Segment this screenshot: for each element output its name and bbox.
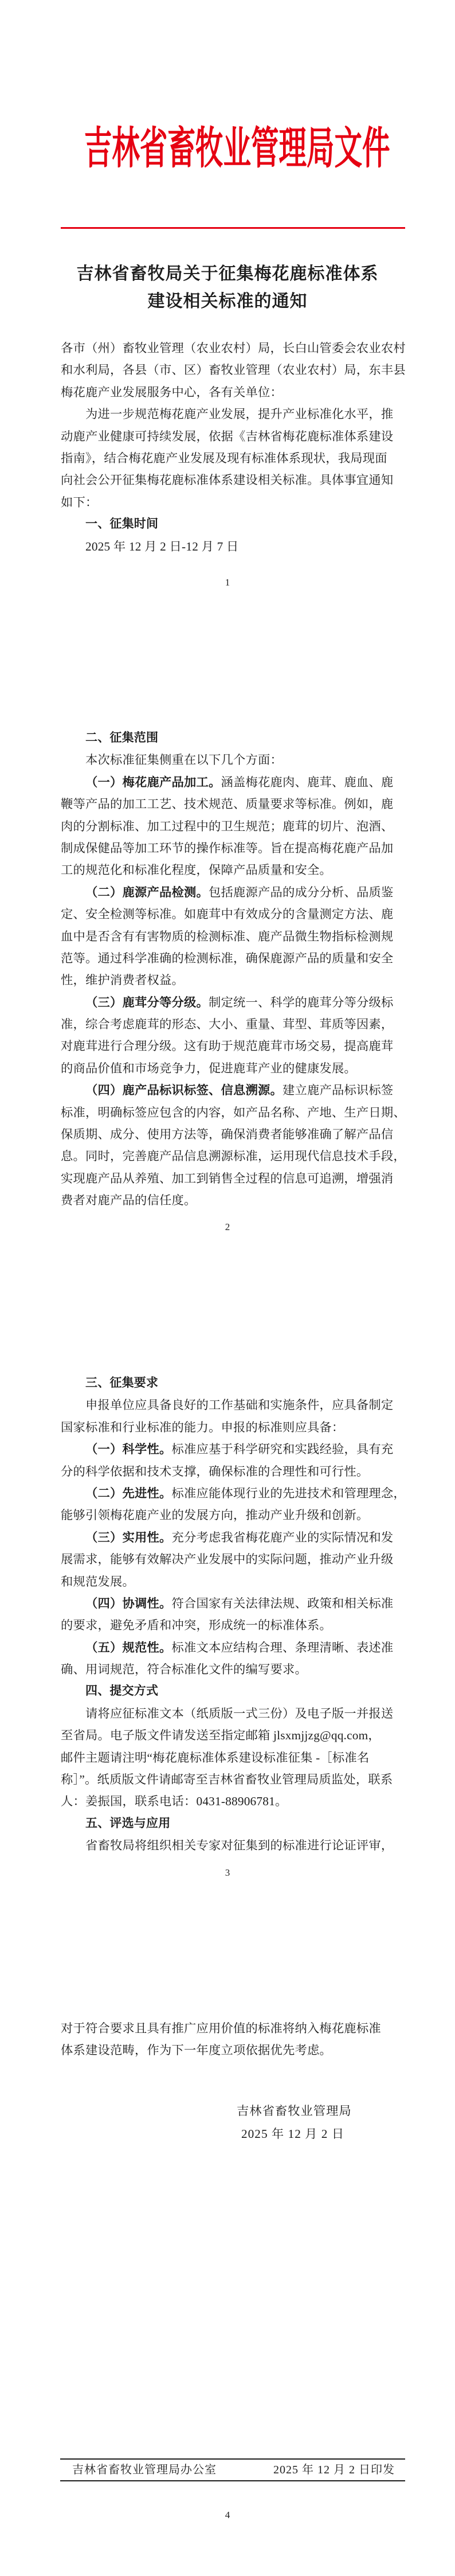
line-text: 充分考虑我省梅花鹿产业的实际情况和发: [171, 1531, 393, 1544]
page2-body: 二、征集范围 本次标准征集侧重在以下几个方面： （一）梅花鹿产品加工。涵盖梅花鹿…: [61, 727, 397, 1212]
text-line: （五）规范性。标准文本应结构合理、条理清晰、表述准: [61, 1637, 397, 1658]
text-line: 制成保健品等加工环节的操作标准等。旨在提高梅花鹿产品加: [61, 837, 397, 859]
text-line: 为进一步规范梅花鹿产业发展，提升产业标准化水平，推: [61, 403, 397, 425]
section-heading: 五、评选与应用: [61, 1813, 397, 1835]
lead-text: （二）鹿源产品检测。: [85, 885, 209, 899]
footer-rule-top: [60, 2458, 405, 2460]
text-line: 肉的分割标准、加工过程中的卫生规范；鹿茸的切片、泡酒、: [61, 815, 397, 837]
section-heading: 二、征集范围: [61, 727, 397, 749]
text-line: （二）鹿源产品检测。包括鹿源产品的成分分析、品质鉴: [61, 881, 397, 903]
footer-rule-bottom: [60, 2480, 405, 2481]
page-number-3: 3: [0, 1866, 455, 1880]
text-line: （一）梅花鹿产品加工。涵盖梅花鹿肉、鹿茸、鹿血、鹿: [61, 771, 397, 793]
text-line: 展需求，能够有效解决产业发展中的实际问题，推动产业升级: [61, 1548, 397, 1570]
doc-title-line1: 吉林省畜牧局关于征集梅花鹿标准体系: [0, 263, 455, 286]
section-heading: 三、征集要求: [61, 1372, 397, 1394]
lead-text: （二）先进性。: [85, 1486, 171, 1500]
text-line: （三）鹿茸分等分级。制定统一、科学的鹿茸分等分级标: [61, 992, 397, 1013]
text-line: 血中是否含有有害物质的检测标准、鹿产品微生物指标检测规: [61, 926, 397, 947]
text-line: 标准，明确标签应包含的内容，如产品名称、产地、生产日期、: [61, 1102, 397, 1123]
text-line: 请将应征标准文本（纸质版一式三份）及电子版一并报送: [61, 1703, 397, 1724]
text-line: 准，综合考虑鹿茸的形态、大小、重量、茸型、茸质等因素，: [61, 1013, 397, 1035]
text-line: 指南》，结合梅花鹿产业发展及现有标准体系现状，我局现面: [61, 447, 397, 469]
lead-text: （三）实用性。: [85, 1531, 171, 1544]
lead-text: （五）规范性。: [85, 1641, 171, 1654]
text-line: 至省局。电子版文件请发送至指定邮箱 jlsxmjjzg@qq.com，: [61, 1724, 397, 1746]
lead-text: （四）协调性。: [85, 1597, 171, 1610]
line-text: 标准文本应结构合理、条理清晰、表述准: [171, 1641, 393, 1654]
text-line: 能够引领梅花鹿产业的发展方向，推动产业升级和创新。: [61, 1504, 397, 1526]
text-line: 和规范发展。: [61, 1571, 397, 1593]
line-text: 标准应基于科学研究和实践经验，具有充: [171, 1442, 393, 1456]
page-number-1: 1: [0, 576, 455, 590]
text-line: 省畜牧局将组织相关专家对征集到的标准进行论证评审，: [61, 1835, 397, 1856]
page3-body: 三、征集要求 申报单位应具备良好的工作基础和实施条件，应具备制定 国家标准和行业…: [61, 1372, 397, 1857]
line-text: 制定统一、科学的鹿茸分等分级标: [209, 996, 393, 1009]
text-line: 息。同时，完善鹿产品信息溯源标准，运用现代信息技术手段，: [61, 1145, 397, 1167]
text-line: 申报单位应具备良好的工作基础和实施条件，应具备制定: [61, 1394, 397, 1416]
footer-print-date: 2025 年 12 月 2 日印发: [229, 2462, 395, 2478]
text-line: 梅花鹿产业发展服务中心，各有关单位：: [61, 381, 397, 403]
text-line: 性，维护消费者权益。: [61, 969, 397, 991]
line-text: 符合国家有关法律法规、政策和相关标准: [171, 1597, 393, 1610]
letterhead-org-title: 吉林省畜牧业管理局文件: [84, 122, 371, 175]
text-line: 保质期、成分、使用方法等，确保消费者能够准确了解产品信: [61, 1123, 397, 1145]
lead-text: （一）梅花鹿产品加工。: [85, 775, 221, 789]
line-text: 涵盖梅花鹿肉、鹿茸、鹿血、鹿: [221, 775, 393, 789]
lead-text: （三）鹿茸分等分级。: [85, 996, 209, 1009]
section-heading: 四、提交方式: [61, 1680, 397, 1702]
line-text: 包括鹿源产品的成分分析、品质鉴: [209, 885, 393, 899]
text-line: 定、安全检测等标准。如鹿茸中有效成分的含量测定方法、鹿: [61, 903, 397, 925]
text-line: 鞭等产品的加工工艺、技术规范、质量要求等标准。例如，鹿: [61, 793, 397, 815]
page-number-2: 2: [0, 1220, 455, 1234]
text-line: 国家标准和行业标准的能力。申报的标准则应具备：: [61, 1416, 397, 1438]
text-line: 对鹿茸进行合理分级。这有助于规范鹿茸市场交易，提高鹿茸: [61, 1035, 397, 1057]
text-line: 本次标准征集侧重在以下几个方面：: [61, 749, 397, 771]
text-line: 工的规范化和标准化程度，保障产品质量和安全。: [61, 859, 397, 881]
text-line: （四）协调性。符合国家有关法律法规、政策和相关标准: [61, 1593, 397, 1614]
line-text: 建立鹿产品标识标签: [283, 1083, 393, 1097]
text-line: （三）实用性。充分考虑我省梅花鹿产业的实际情况和发: [61, 1527, 397, 1548]
text-line: 范等。通过科学准确的检测标准，确保鹿源产品的质量和安全: [61, 947, 397, 969]
doc-title-line2: 建设相关标准的通知: [0, 290, 455, 313]
text-line: 向社会公开征集梅花鹿标准体系建设相关标准。具体事宜通知: [61, 469, 397, 491]
lead-text: （一）科学性。: [85, 1442, 171, 1456]
signature-date: 2025 年 12 月 2 日: [241, 2125, 344, 2142]
letterhead-red-rule: [61, 227, 405, 229]
text-line: 动鹿产业健康可持续发展，依据《吉林省梅花鹿标准体系建设: [61, 426, 397, 447]
text-line: 体系建设范畴，作为下一年度立项依据优先考虑。: [61, 2039, 397, 2061]
text-line: 邮件主题请注明“梅花鹿标准体系建设标准征集 -［标准名: [61, 1747, 397, 1769]
text-line: 如下：: [61, 491, 397, 513]
text-line: 确、用词规范，符合标准化文件的编写要求。: [61, 1658, 397, 1680]
text-line: 人：姜振国，联系电话：0431-88906781。: [61, 1790, 397, 1812]
text-line: 称］”。纸质版文件请邮寄至吉林省畜牧业管理局质监处，联系: [61, 1769, 397, 1790]
footer-issuing-office: 吉林省畜牧业管理局办公室: [72, 2462, 217, 2478]
page-number-4: 4: [0, 2508, 455, 2522]
lead-text: （四）鹿产品标识标签、信息溯源。: [85, 1083, 283, 1097]
text-line: 的商品价值和市场竞争力，促进鹿茸产业的健康发展。: [61, 1057, 397, 1079]
section-heading: 一、征集时间: [61, 513, 397, 535]
text-line: （一）科学性。标准应基于科学研究和实践经验，具有充: [61, 1438, 397, 1460]
document-canvas: 吉林省畜牧业管理局文件 吉林省畜牧局关于征集梅花鹿标准体系 建设相关标准的通知 …: [0, 0, 455, 2576]
text-line: 的要求，避免矛盾和冲突，形成统一的标准体系。: [61, 1614, 397, 1636]
signature-org: 吉林省畜牧业管理局: [237, 2102, 352, 2120]
text-line: （二）先进性。标准应能体现行业的先进技术和管理理念，: [61, 1482, 397, 1504]
text-line: 费者对鹿产品的信任度。: [61, 1189, 397, 1211]
text-line: 对于符合要求且具有推广应用价值的标准将纳入梅花鹿标准: [61, 2017, 397, 2039]
text-line: 和水利局，各县（市、区）畜牧业管理（农业农村）局，东丰县: [61, 359, 397, 381]
page4-body: 对于符合要求且具有推广应用价值的标准将纳入梅花鹿标准 体系建设范畴，作为下一年度…: [61, 2017, 397, 2062]
page1-body: 各市（州）畜牧业管理（农业农村）局，长白山管委会农业农村 和水利局，各县（市、区…: [61, 337, 397, 557]
text-line: 分的科学依据和技术支撑，确保标准的合理性和可行性。: [61, 1461, 397, 1482]
line-text: 标准应能体现行业的先进技术和管理理念，: [171, 1486, 405, 1500]
text-line: 各市（州）畜牧业管理（农业农村）局，长白山管委会农业农村: [61, 337, 397, 359]
text-line: 实现鹿产品从养殖、加工到销售全过程的信息可追溯，增强消: [61, 1168, 397, 1189]
text-line: 2025 年 12 月 2 日-12 月 7 日: [61, 536, 397, 557]
text-line: （四）鹿产品标识标签、信息溯源。建立鹿产品标识标签: [61, 1079, 397, 1101]
